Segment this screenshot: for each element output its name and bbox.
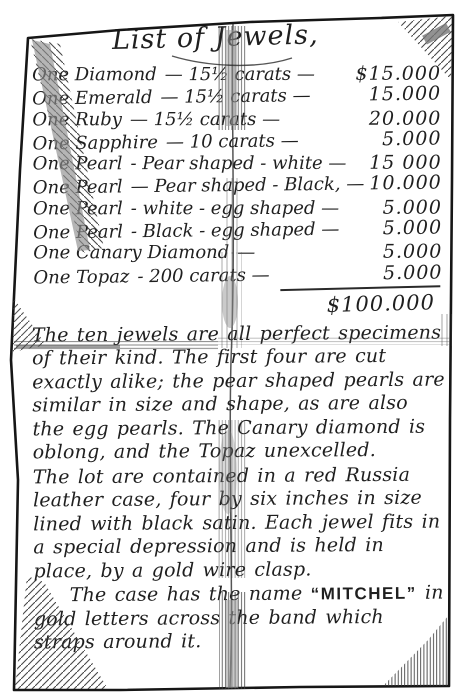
- jewel-name: One Diamond: [32, 64, 157, 85]
- jewel-detail: — Pear shaped - Black, —: [130, 174, 364, 198]
- jewel-value: 5.000: [383, 217, 443, 240]
- jewel-name: One Pearl: [33, 198, 123, 219]
- jewel-name: One Sapphire: [32, 132, 158, 155]
- jewel-row: One Ruby — 15½ carats — 20.000: [32, 107, 441, 130]
- paragraph-band-before: The case has the name: [70, 583, 311, 607]
- total-row: $100.000: [30, 287, 441, 319]
- paragraph-specimens: The ten jewels are all perfect specimens…: [32, 322, 446, 466]
- jewel-value: 15.000: [369, 83, 442, 106]
- jewel-list: One Diamond — 15½ carats — $15.000 One E…: [28, 60, 445, 288]
- note-content: List of Jewels, One Diamond — 15½ carats…: [28, 19, 448, 688]
- jewel-detail: —: [237, 242, 255, 263]
- jewel-row: One Canary Diamond — 5.000: [33, 241, 442, 264]
- jewel-row: One Pearl — Pear shaped - Black, — 10.00…: [33, 172, 442, 199]
- jewel-value: 5.000: [383, 261, 443, 284]
- paragraph-band: The case has the name “MITCHEL” in gold …: [34, 582, 447, 655]
- total-value: $100.000: [280, 285, 441, 318]
- jewel-detail: — 15½ carats —: [160, 85, 310, 108]
- jewel-name: One Ruby: [32, 109, 122, 130]
- jewel-name: One Emerald: [32, 87, 152, 109]
- illustration-page: List of Jewels, One Diamond — 15½ carats…: [0, 0, 461, 700]
- jewel-value: $15.000: [355, 63, 441, 85]
- jewel-detail: — 15½ carats —: [165, 64, 315, 85]
- jewel-detail: - white - egg shaped —: [131, 198, 339, 219]
- jewel-detail: — 10 carats —: [166, 130, 299, 153]
- jewel-detail: — 15½ carats —: [130, 109, 280, 130]
- jewel-value: 10.000: [369, 172, 442, 195]
- jewel-detail: - Pear shaped - white —: [130, 153, 346, 174]
- jewel-row: One Emerald — 15½ carats — 15.000: [32, 83, 441, 110]
- jewel-row: One Pearl - white - egg shaped — 5.000: [33, 196, 442, 219]
- jewel-value: 5.000: [382, 127, 442, 150]
- jewel-value: 5.000: [383, 196, 442, 218]
- jewel-detail: - Black - egg shaped —: [131, 219, 340, 243]
- jewel-detail: - 200 carats —: [137, 264, 269, 287]
- jewel-row: One Diamond — 15½ carats — $15.000: [32, 63, 441, 86]
- mitchel-name: “MITCHEL”: [311, 584, 417, 604]
- jewel-name: One Pearl: [33, 177, 123, 199]
- jewel-name: One Canary Diamond: [33, 242, 229, 263]
- jewel-row: One Sapphire — 10 carats — 5.000: [32, 127, 441, 154]
- jewel-row: One Topaz - 200 carats — 5.000: [33, 261, 442, 288]
- paragraph-case: The lot are contained in a red Russia le…: [33, 464, 447, 584]
- jewel-name: One Topaz: [33, 266, 129, 288]
- note-title: List of Jewels,: [27, 17, 403, 58]
- jewel-name: One Pearl: [33, 153, 123, 174]
- jewel-value: 20.000: [369, 107, 442, 129]
- jewel-value: 5.000: [383, 241, 442, 263]
